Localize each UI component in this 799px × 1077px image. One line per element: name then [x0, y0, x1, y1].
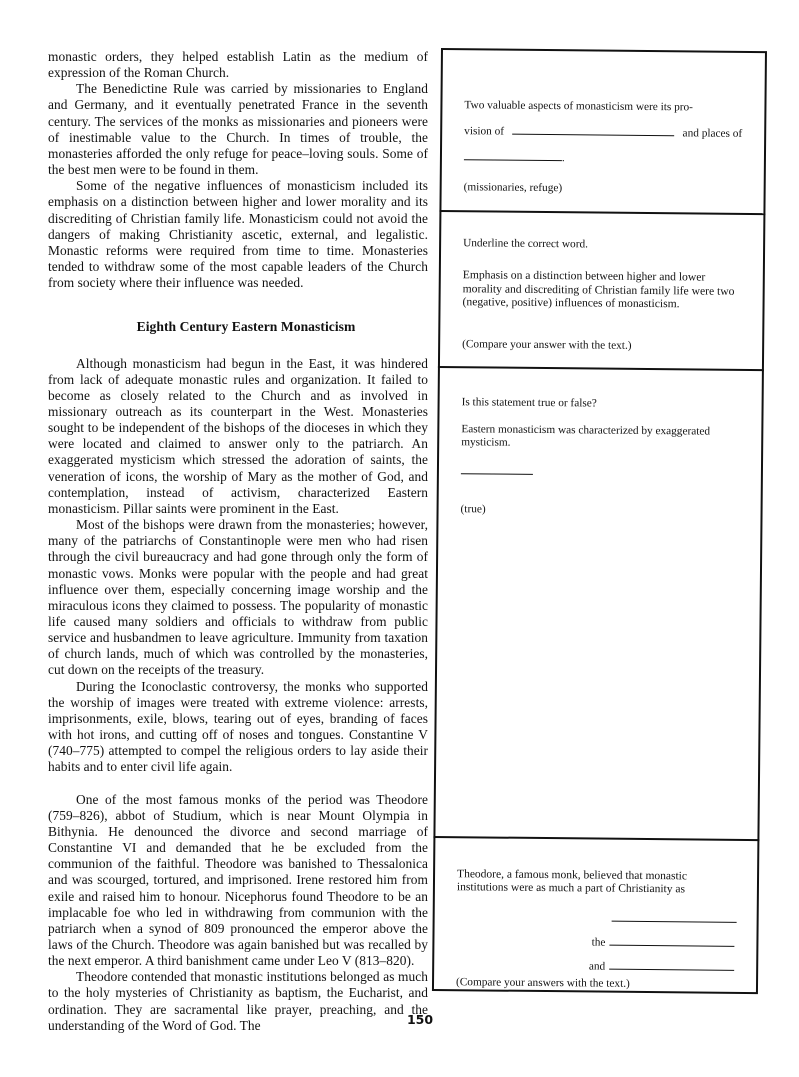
answer-line-3: and [589, 960, 734, 975]
programmed-learning-frame: Two valuable aspects of monasticism were… [432, 48, 767, 994]
answer-blank-1[interactable] [612, 920, 737, 923]
blank-prefix: the [592, 936, 606, 950]
question-text-start: vision of [464, 118, 504, 144]
answer-blank[interactable] [461, 472, 533, 475]
frame-box-missionaries: Two valuable aspects of monasticism were… [441, 50, 765, 216]
answer-blank-1[interactable] [512, 133, 675, 137]
page-number: 150 [400, 1012, 440, 1027]
answer-blank-2[interactable] [464, 158, 562, 161]
answer-blank-3[interactable] [609, 968, 734, 971]
answer-key: (Compare your answer with the text.) [462, 338, 632, 353]
question-line-2: vision of and places of [464, 118, 742, 147]
answer-key: (true) [461, 503, 486, 517]
answer-key: (Compare your answers with the text.) [456, 976, 630, 991]
question-line-3: . [464, 144, 742, 173]
paragraph-iconoclastic-controversy: During the Iconoclastic controversy, the… [48, 679, 428, 776]
statement: Theodore, a famous monk, believed that m… [457, 868, 735, 897]
frame-box-true-false: Is this statement true or false? Eastern… [435, 368, 761, 841]
statement: Emphasis on a distinction between higher… [462, 268, 740, 311]
period: . [562, 152, 565, 164]
statement: Eastern monasticism was characterized by… [461, 423, 739, 452]
section-heading: Eighth Century Eastern Monasticism [48, 319, 428, 335]
answer-key: (missionaries, refuge) [464, 181, 563, 195]
frame-box-underline: Underline the correct word. Emphasis on … [440, 213, 763, 371]
paragraph-benedictine-rule: The Benedictine Rule was carried by miss… [48, 81, 428, 178]
paragraph-bishops: Most of the bishops were drawn from the … [48, 517, 428, 679]
question-text-end: and places of [682, 120, 742, 147]
answer-line-2: the [592, 936, 735, 951]
blank-prefix: and [589, 960, 605, 974]
question-line-1: Two valuable aspects of monasticism were… [464, 92, 742, 121]
paragraph-eastern-monasticism: Although monasticism had begun in the Ea… [48, 356, 428, 518]
frame-box-theodore: Theodore, a famous monk, believed that m… [434, 838, 757, 993]
paragraph-latin: monastic orders, they helped establish L… [48, 49, 428, 81]
paragraph-theodore-contended: Theodore contended that monastic institu… [48, 969, 428, 1034]
fill-in-question: Two valuable aspects of monasticism were… [464, 92, 743, 173]
paragraph-negative-influences: Some of the negative influences of monas… [48, 178, 428, 291]
instruction: Is this statement true or false? [462, 396, 597, 411]
instruction: Underline the correct word. [463, 237, 588, 252]
answer-blank-2[interactable] [609, 944, 734, 947]
paragraph-theodore: One of the most famous monks of the peri… [48, 792, 428, 970]
main-text-column: monastic orders, they helped establish L… [48, 49, 428, 1034]
